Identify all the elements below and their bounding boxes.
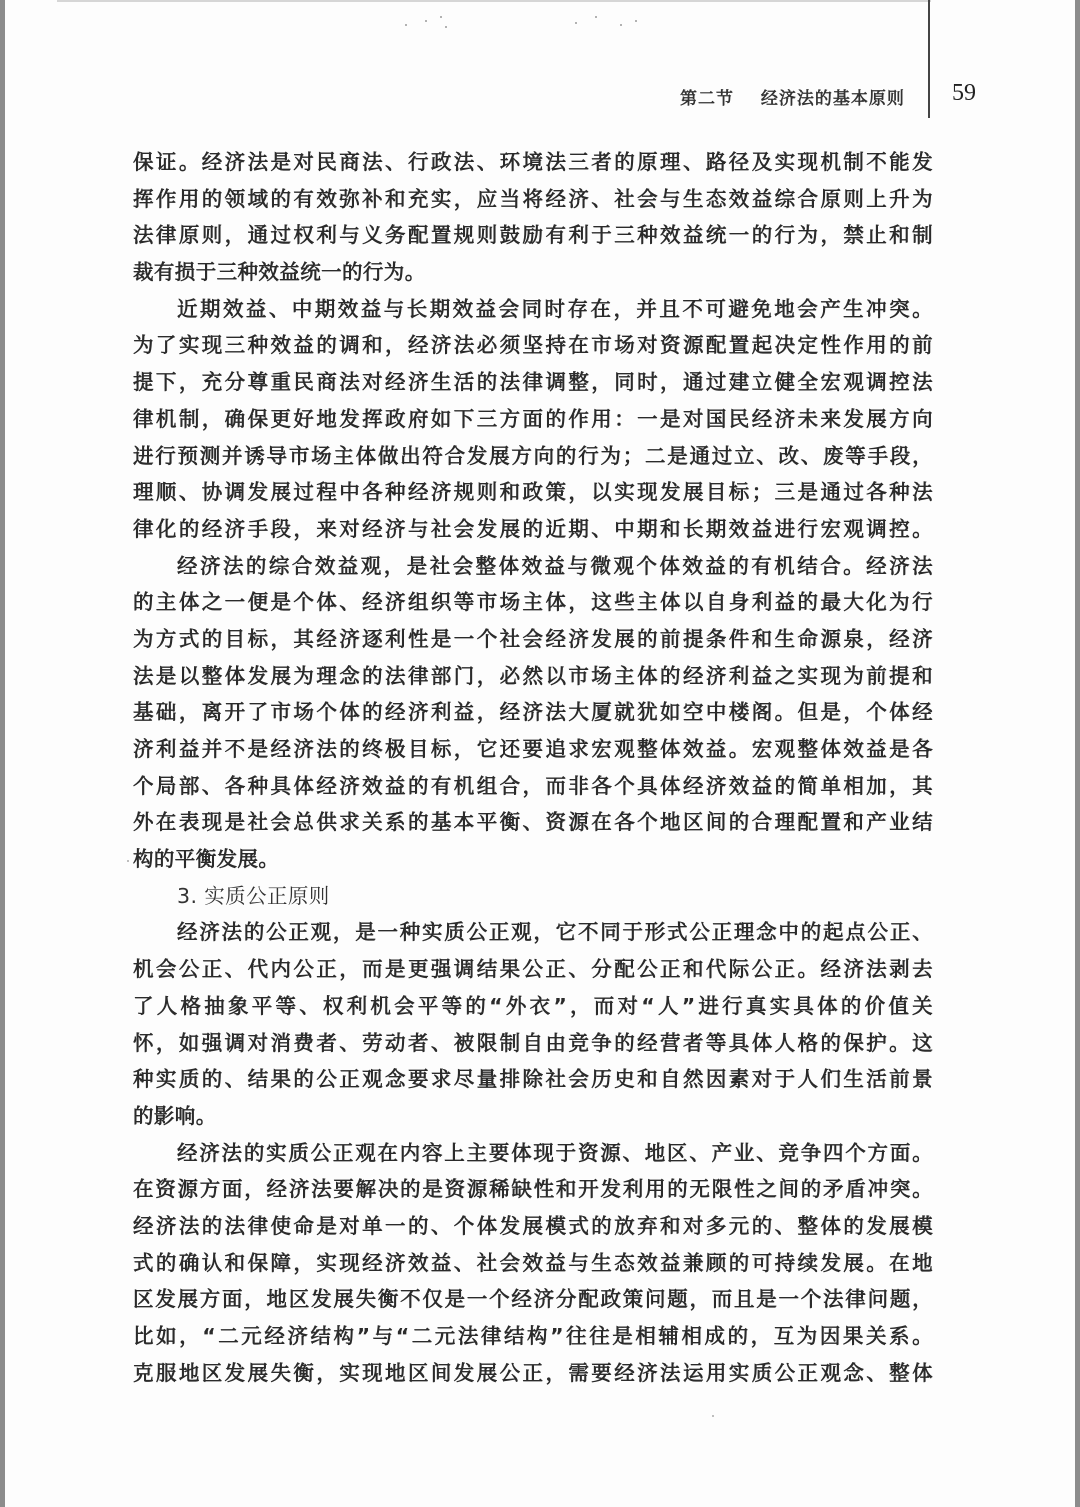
running-head-section: 第二节 [680,89,734,109]
text-line: 外在表现是社会总供求关系的基本平衡、资源在各个地区间的合理配置和产业结 [133,804,933,841]
text-line: 律化的经济手段，来对经济与社会发展的近期、中期和长期效益进行宏观调控。 [133,511,933,548]
scan-noise [395,14,655,34]
text-line: 进行预测并诱导市场主体做出符合发展方向的行为；二是通过立、改、废等手段， [133,438,933,475]
text-line: 为了实现三种效益的调和，经济法必须坚持在市场对资源配置起决定性作用的前 [133,327,933,364]
text-line: 在资源方面，经济法要解决的是资源稀缺性和开发利用的无限性之间的矛盾冲突。 [133,1171,933,1208]
text-line: 个局部、各种具体经济效益的有机组合，而非各个具体经济效益的简单相加，其 [133,768,933,805]
text-line: 式的确认和保障，实现经济效益、社会效益与生态效益兼顾的可持续发展。在地 [133,1245,933,1282]
paragraph-start-line: 经济法的实质公正观在内容上主要体现于资源、地区、产业、竞争四个方面。 [133,1135,933,1172]
page-frame-right [1075,0,1080,1507]
text-line: 律机制，确保更好地发挥政府如下三方面的作用：一是对国民经济未来发展方向 [133,401,933,438]
text-line: 经济法的法律使命是对单一的、个体发展模式的放弃和对多元的、整体的发展模 [133,1208,933,1245]
text-line: 克服地区发展失衡，实现地区间发展公正，需要经济法运用实质公正观念、整体 [133,1355,933,1392]
text-line: 了人格抽象平等、权利机会平等的“外衣”，而对“人”进行真实具体的价值关 [133,988,933,1025]
top-edge-rule [57,0,931,2]
page-number: 59 [952,80,976,107]
paragraph-start-line: 经济法的综合效益观，是社会整体效益与微观个体效益的有机结合。经济法 [133,548,933,585]
text-line: 的主体之一便是个体、经济组织等市场主体，这些主体以自身利益的最大化为行 [133,584,933,621]
section-heading: 3. 实质公正原则 [133,878,933,915]
header-vertical-rule [928,0,930,118]
text-line: 法是以整体发展为理念的法律部门，必然以市场主体的经济利益之实现为前提和 [133,658,933,695]
text-line: 裁有损于三种效益统一的行为。 [133,254,933,291]
text-line: 挥作用的领域的有效弥补和充实，应当将经济、社会与生态效益综合原则上升为 [133,181,933,218]
text-line: 构的平衡发展。 [133,841,933,878]
text-line: 怀，如强调对消费者、劳动者、被限制自由竞争的经营者等具体人格的保护。这 [133,1025,933,1062]
page-frame-left [0,0,5,1507]
text-line: 济利益并不是经济法的终极目标，它还要追求宏观整体效益。宏观整体效益是各 [133,731,933,768]
paragraph-start-line: 近期效益、中期效益与长期效益会同时存在，并且不可避免地会产生冲突。 [133,291,933,328]
text-line: 区发展方面，地区发展失衡不仅是一个经济分配政策问题，而且是一个法律问题， [133,1281,933,1318]
text-line: 为方式的目标，其经济逐利性是一个社会经济发展的前提条件和生命源泉，经济 [133,621,933,658]
scan-noise [712,1415,714,1417]
text-line: 种实质的、结果的公正观念要求尽量排除社会历史和自然因素对于人们生活前景 [133,1061,933,1098]
text-line: 比如，“二元经济结构”与“二元法律结构”往往是相辅相成的，互为因果关系。 [133,1318,933,1355]
text-line: 机会公正、代内公正，而是更强调结果公正、分配公正和代际公正。经济法剥去 [133,951,933,988]
text-line: 保证。经济法是对民商法、行政法、环境法三者的原理、路径及实现机制不能发 [133,144,933,181]
text-line: 基础，离开了市场个体的经济利益，经济法大厦就犹如空中楼阁。但是，个体经 [133,694,933,731]
scan-noise [127,860,129,862]
text-line: 法律原则，通过权利与义务配置规则鼓励有利于三种效益统一的行为，禁止和制 [133,217,933,254]
text-line: 提下，充分尊重民商法对经济生活的法律调整，同时，通过建立健全宏观调控法 [133,364,933,401]
body-text: 保证。经济法是对民商法、行政法、环境法三者的原理、路径及实现机制不能发 挥作用的… [133,144,933,1391]
text-line: 理顺、协调发展过程中各种经济规则和政策，以实现发展目标；三是通过各种法 [133,474,933,511]
paragraph-start-line: 经济法的公正观，是一种实质公正观，它不同于形式公正理念中的起点公正、 [133,914,933,951]
running-head: 第二节 经济法的基本原则 [680,84,905,109]
running-head-title: 经济法的基本原则 [761,89,905,109]
text-line: 的影响。 [133,1098,933,1135]
